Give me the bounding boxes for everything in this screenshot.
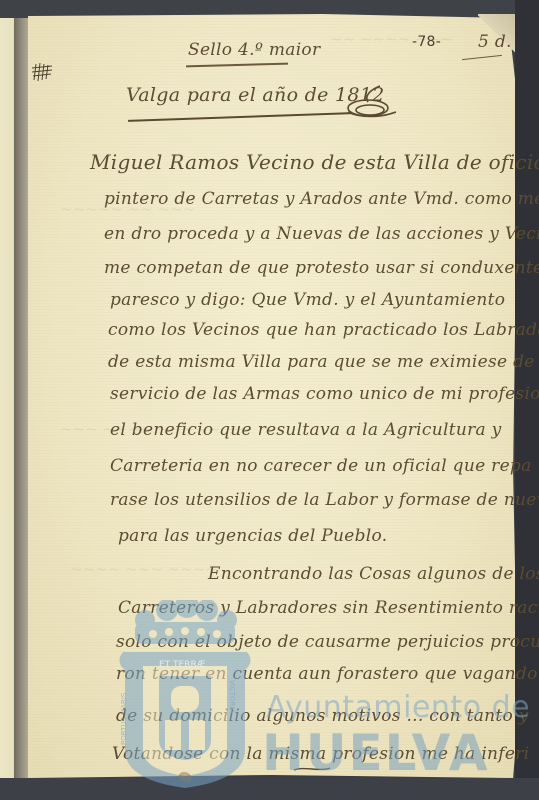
body-line: como los Vecinos que han practicado los …	[108, 320, 539, 340]
seal-designation: Sello 4.º maior	[188, 40, 320, 60]
body-line: Carreteria en no carecer de un oficial q…	[110, 456, 532, 476]
watermark-ayuntamiento: Ayuntamiento de	[266, 690, 530, 725]
body-line: rase los utensilios de la Labor y formas…	[110, 490, 539, 510]
bleed-through-text: ~~~~ ~~~ ~~~~	[70, 560, 218, 578]
body-line: Encontrando las Cosas algunos de los	[208, 564, 539, 584]
folio-note: 5 d.	[478, 32, 512, 52]
binding-gutter	[14, 18, 30, 780]
folio-number: -78-	[412, 34, 441, 50]
body-line: el beneficio que resultava a la Agricult…	[110, 420, 502, 440]
body-line: en dro proceda y a Nuevas de las accione…	[104, 224, 539, 244]
body-line: paresco y digo: Que Vmd. y el Ayuntamien…	[110, 290, 505, 310]
rubric-flourish-icon	[340, 84, 400, 120]
body-line: Miguel Ramos Vecino de esta Villa de ofi…	[90, 150, 539, 174]
body-line: pintero de Carretas y Arados ante Vmd. c…	[104, 189, 539, 209]
watermark-side-right: VICTORIA	[228, 680, 236, 713]
watermark-side-left: PORTUS MARIS	[120, 693, 128, 745]
watermark-huelva: HUELVA	[262, 724, 490, 782]
body-line: para las urgencias del Pueblo.	[118, 526, 387, 546]
watermark-motto: ET TERRÆ	[159, 660, 206, 670]
body-line: me competan de que protesto usar si cond…	[104, 258, 539, 278]
body-line: servicio de las Armas como unico de mi p…	[110, 384, 539, 404]
crosshatch-mark-icon	[30, 60, 54, 84]
body-line: de esta misma Villa para que se me eximi…	[108, 352, 539, 372]
